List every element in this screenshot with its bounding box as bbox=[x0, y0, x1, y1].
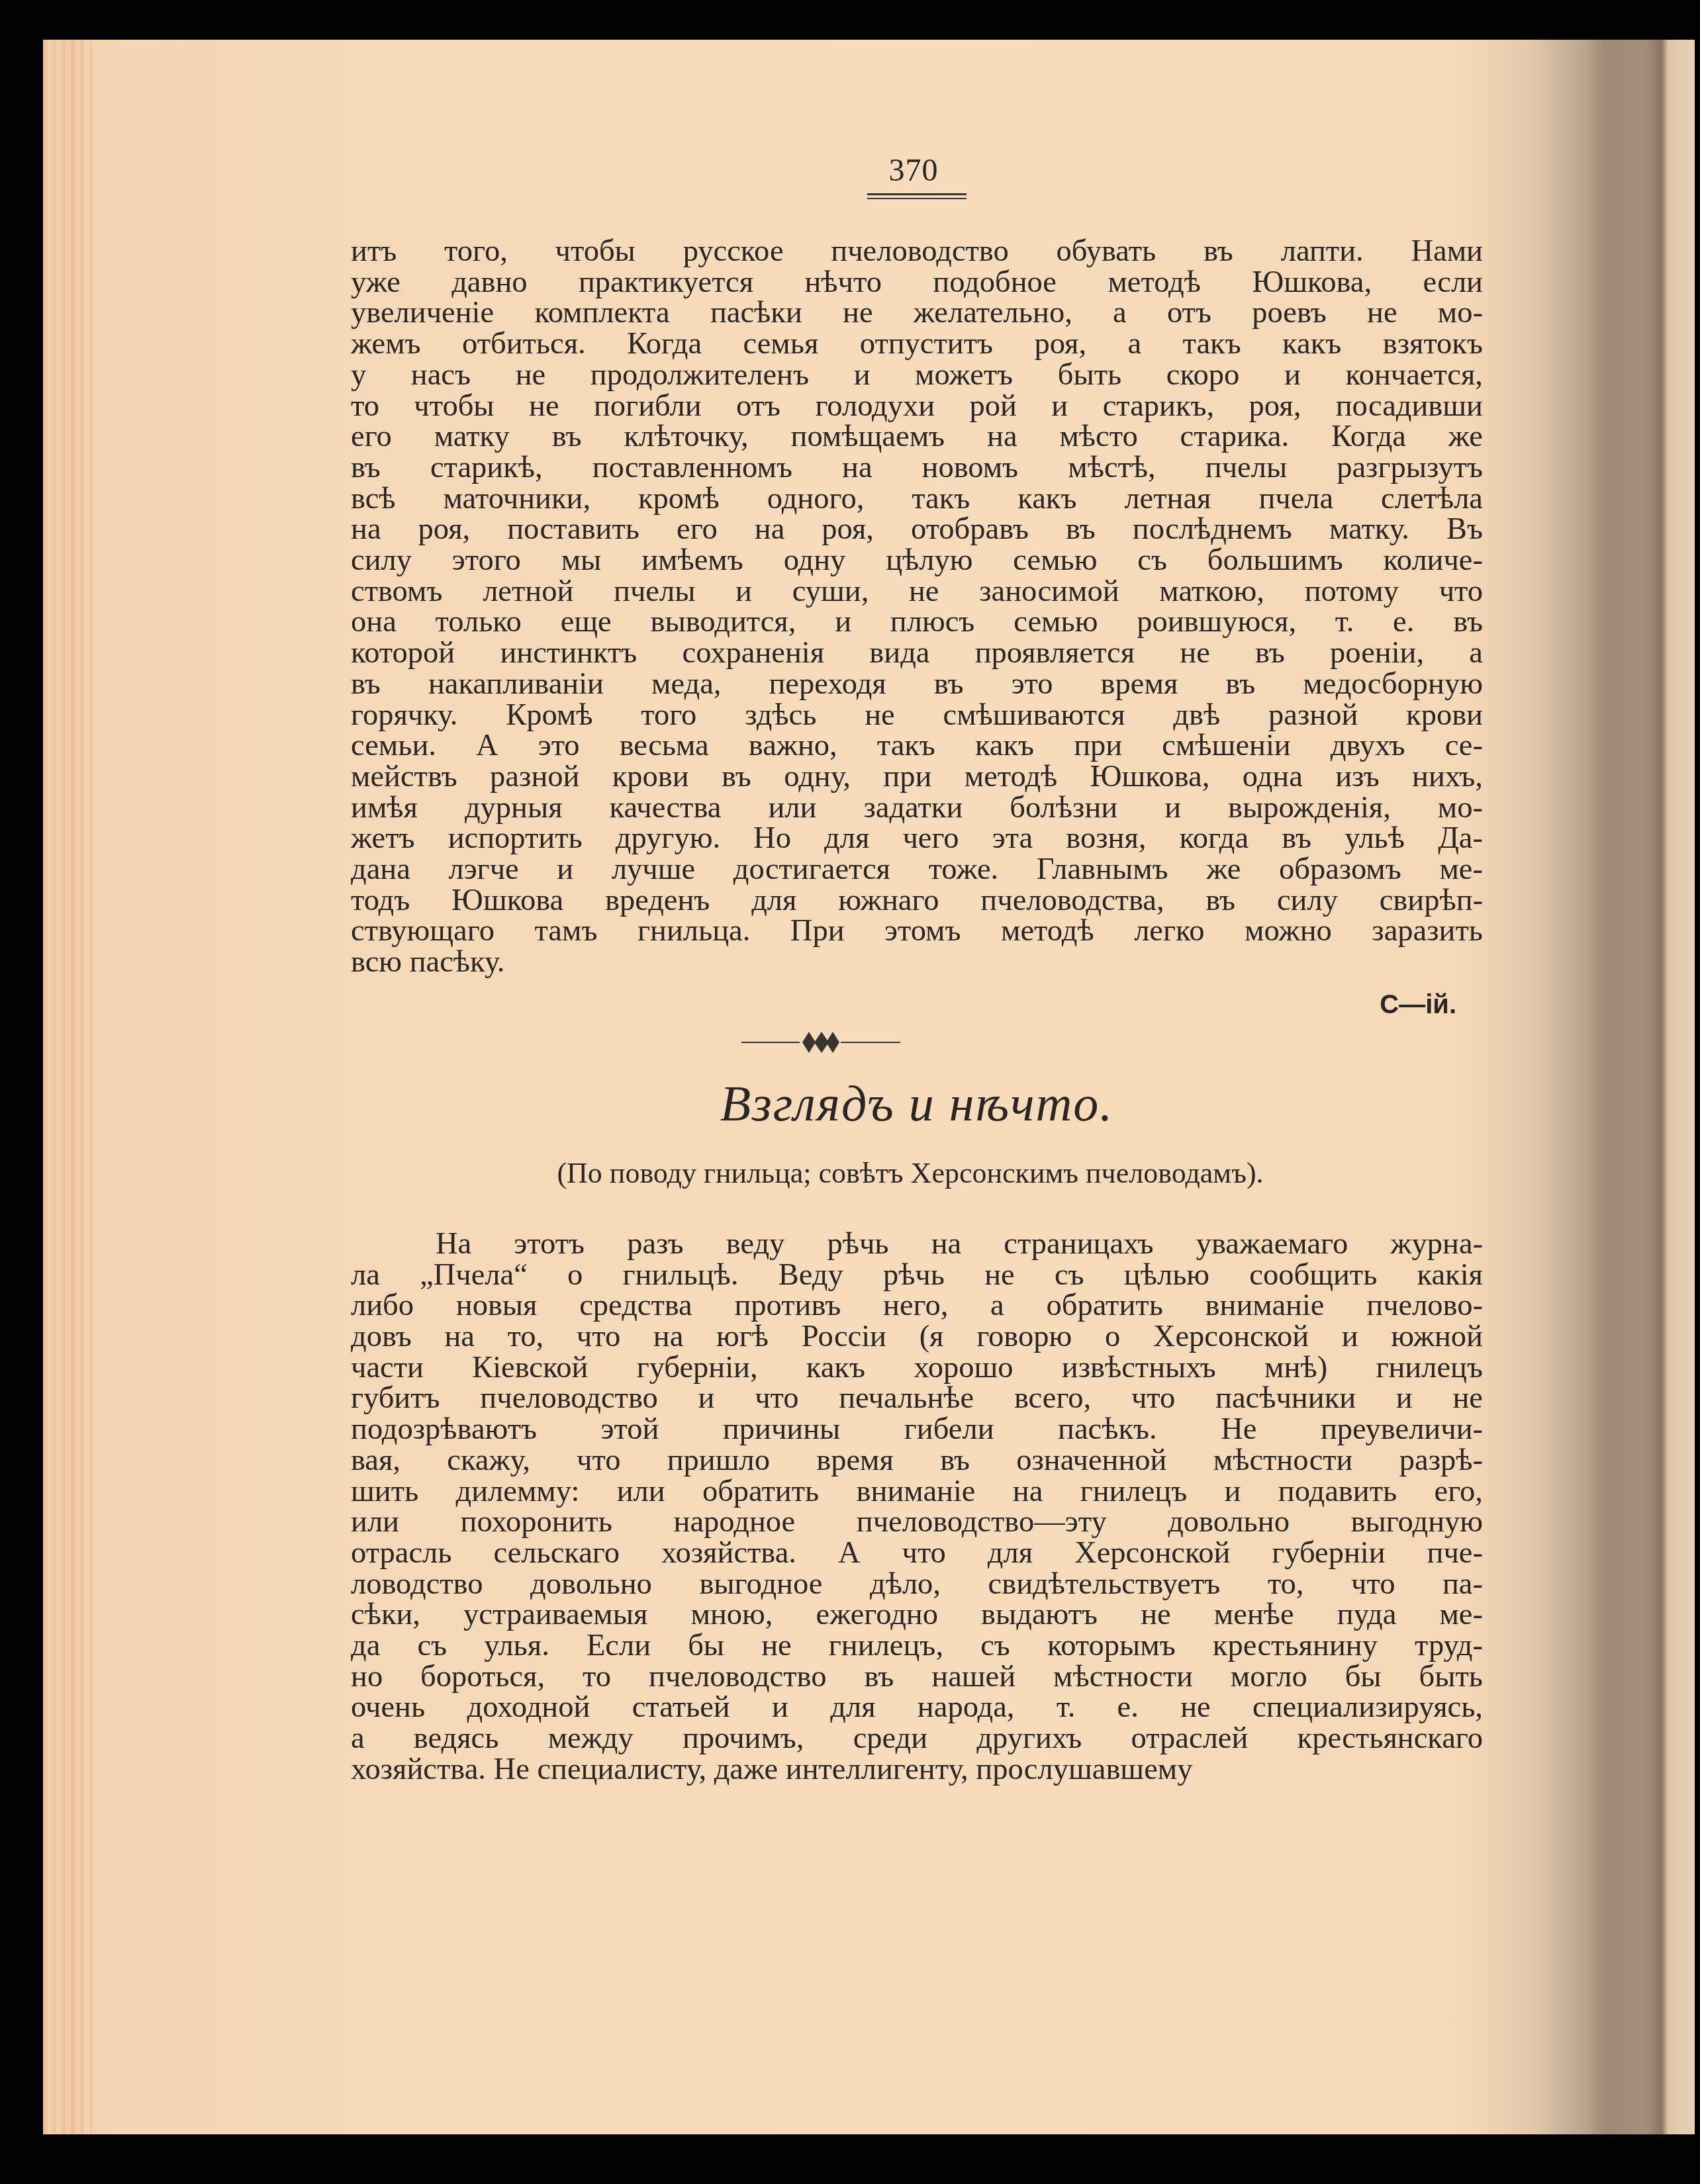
text-line: или похоронить народное пчеловодство—эту… bbox=[351, 1507, 1483, 1538]
text-line: отрасль сельскаго хозяйства. А что для Х… bbox=[351, 1538, 1483, 1569]
text-line: а ведясь между прочимъ, среди другихъ от… bbox=[351, 1723, 1483, 1754]
text-line: ствующаго тамъ гнильца. При этомъ методѣ… bbox=[351, 916, 1483, 947]
text-line: ла „Пчела“ о гнильцѣ. Веду рѣчь не съ цѣ… bbox=[351, 1260, 1483, 1291]
text-line: его матку въ клѣточку, помѣщаемъ на мѣст… bbox=[351, 422, 1483, 453]
text-line: ствомъ летной пчелы и суши, не заносимой… bbox=[351, 576, 1483, 608]
text-line: на роя, поставить его на роя, отобравъ в… bbox=[351, 514, 1483, 545]
page-edges-stack bbox=[43, 40, 93, 2134]
text-line: всю пасѣку. bbox=[351, 947, 1483, 978]
text-line: губитъ пчеловодство и что печальнѣе всег… bbox=[351, 1383, 1483, 1414]
text-line: части Кiевской губернiи, какъ хорошо изв… bbox=[351, 1353, 1483, 1384]
page-number: 370 bbox=[344, 152, 1483, 189]
text-line: шить дилемму: или обратить вниманiе на г… bbox=[351, 1477, 1483, 1508]
text-line: сѣки, устраиваемыя мною, ежегодно выдают… bbox=[351, 1600, 1483, 1631]
article-1-body: итъ того, чтобы русское пчеловодство обу… bbox=[351, 236, 1483, 978]
text-line: вая, скажу, что пришло время въ означенн… bbox=[351, 1445, 1483, 1477]
text-line: итъ того, чтобы русское пчеловодство обу… bbox=[351, 236, 1483, 267]
text-line: имѣя дурныя качества или задатки болѣзни… bbox=[351, 793, 1483, 824]
text-line: довъ на то, что на югѣ Россiи (я говорю … bbox=[351, 1322, 1483, 1353]
text-line: либо новыя средства противъ него, а обра… bbox=[351, 1291, 1483, 1322]
text-line: тодъ Юшкова вреденъ для южнаго пчеловодс… bbox=[351, 886, 1483, 917]
text-line: увеличенiе комплекта пасѣки не желательн… bbox=[351, 298, 1483, 329]
text-line: жетъ испортить другую. Но для чего эта в… bbox=[351, 823, 1483, 854]
text-line: уже давно практикуется нѣчто подобное ме… bbox=[351, 267, 1483, 298]
text-line: то чтобы не погибли отъ голодухи рой и с… bbox=[351, 391, 1483, 422]
text-line: да съ улья. Если бы не гнилецъ, съ котор… bbox=[351, 1631, 1483, 1662]
text-line: горячку. Кромѣ того здѣсь не смѣшиваются… bbox=[351, 700, 1483, 731]
text-line: въ старикѣ, поставленномъ на новомъ мѣст… bbox=[351, 453, 1483, 484]
text-line: дана лэгче и лучше достигается тоже. Гла… bbox=[351, 854, 1483, 886]
text-line: силу этого мы имѣемъ одну цѣлую семью съ… bbox=[351, 545, 1483, 576]
text-line: всѣ маточники, кромѣ одного, такъ какъ л… bbox=[351, 484, 1483, 515]
article-subtitle: (По поводу гнильца; совѣтъ Херсонскимъ п… bbox=[338, 1155, 1483, 1192]
text-line: хозяйства. Не специалисту, даже интеллиг… bbox=[351, 1754, 1483, 1786]
text-line: она только еще выводится, и плюсъ семью … bbox=[351, 607, 1483, 638]
text-line: подозрѣваютъ этой причины гибели пасѣкъ.… bbox=[351, 1414, 1483, 1445]
text-line: ловодство довольно выгодное дѣло, свидѣт… bbox=[351, 1569, 1483, 1600]
text-column: 370 итъ того, чтобы русское пчеловодство… bbox=[351, 152, 1483, 1786]
author-signature: С—ій. bbox=[351, 990, 1483, 1020]
text-line: очень доходной статьей и для народа, т. … bbox=[351, 1692, 1483, 1723]
text-line: въ накапливанiи меда, переходя въ это вр… bbox=[351, 669, 1483, 700]
text-line: у насъ не продолжителенъ и можетъ быть с… bbox=[351, 360, 1483, 391]
text-line: жемъ отбиться. Когда семья отпуститъ роя… bbox=[351, 329, 1483, 360]
text-line: которой инстинктъ сохраненiя вида проявл… bbox=[351, 638, 1483, 669]
diamond-rule-ornament-icon bbox=[741, 1029, 1112, 1056]
text-line: На этотъ разъ веду рѣчь на страницахъ ув… bbox=[351, 1229, 1483, 1260]
text-line: но бороться, то пчеловодство въ нашей мѣ… bbox=[351, 1662, 1483, 1693]
article-title: Взглядъ и нѣчто. bbox=[351, 1074, 1483, 1134]
page-number-double-rule bbox=[867, 193, 967, 199]
article-2-body: На этотъ разъ веду рѣчь на страницахъ ув… bbox=[351, 1229, 1483, 1786]
text-line: семьи. А это весьма важно, такъ какъ при… bbox=[351, 731, 1483, 762]
text-line: мействъ разной крови въ одну, при методѣ… bbox=[351, 762, 1483, 793]
